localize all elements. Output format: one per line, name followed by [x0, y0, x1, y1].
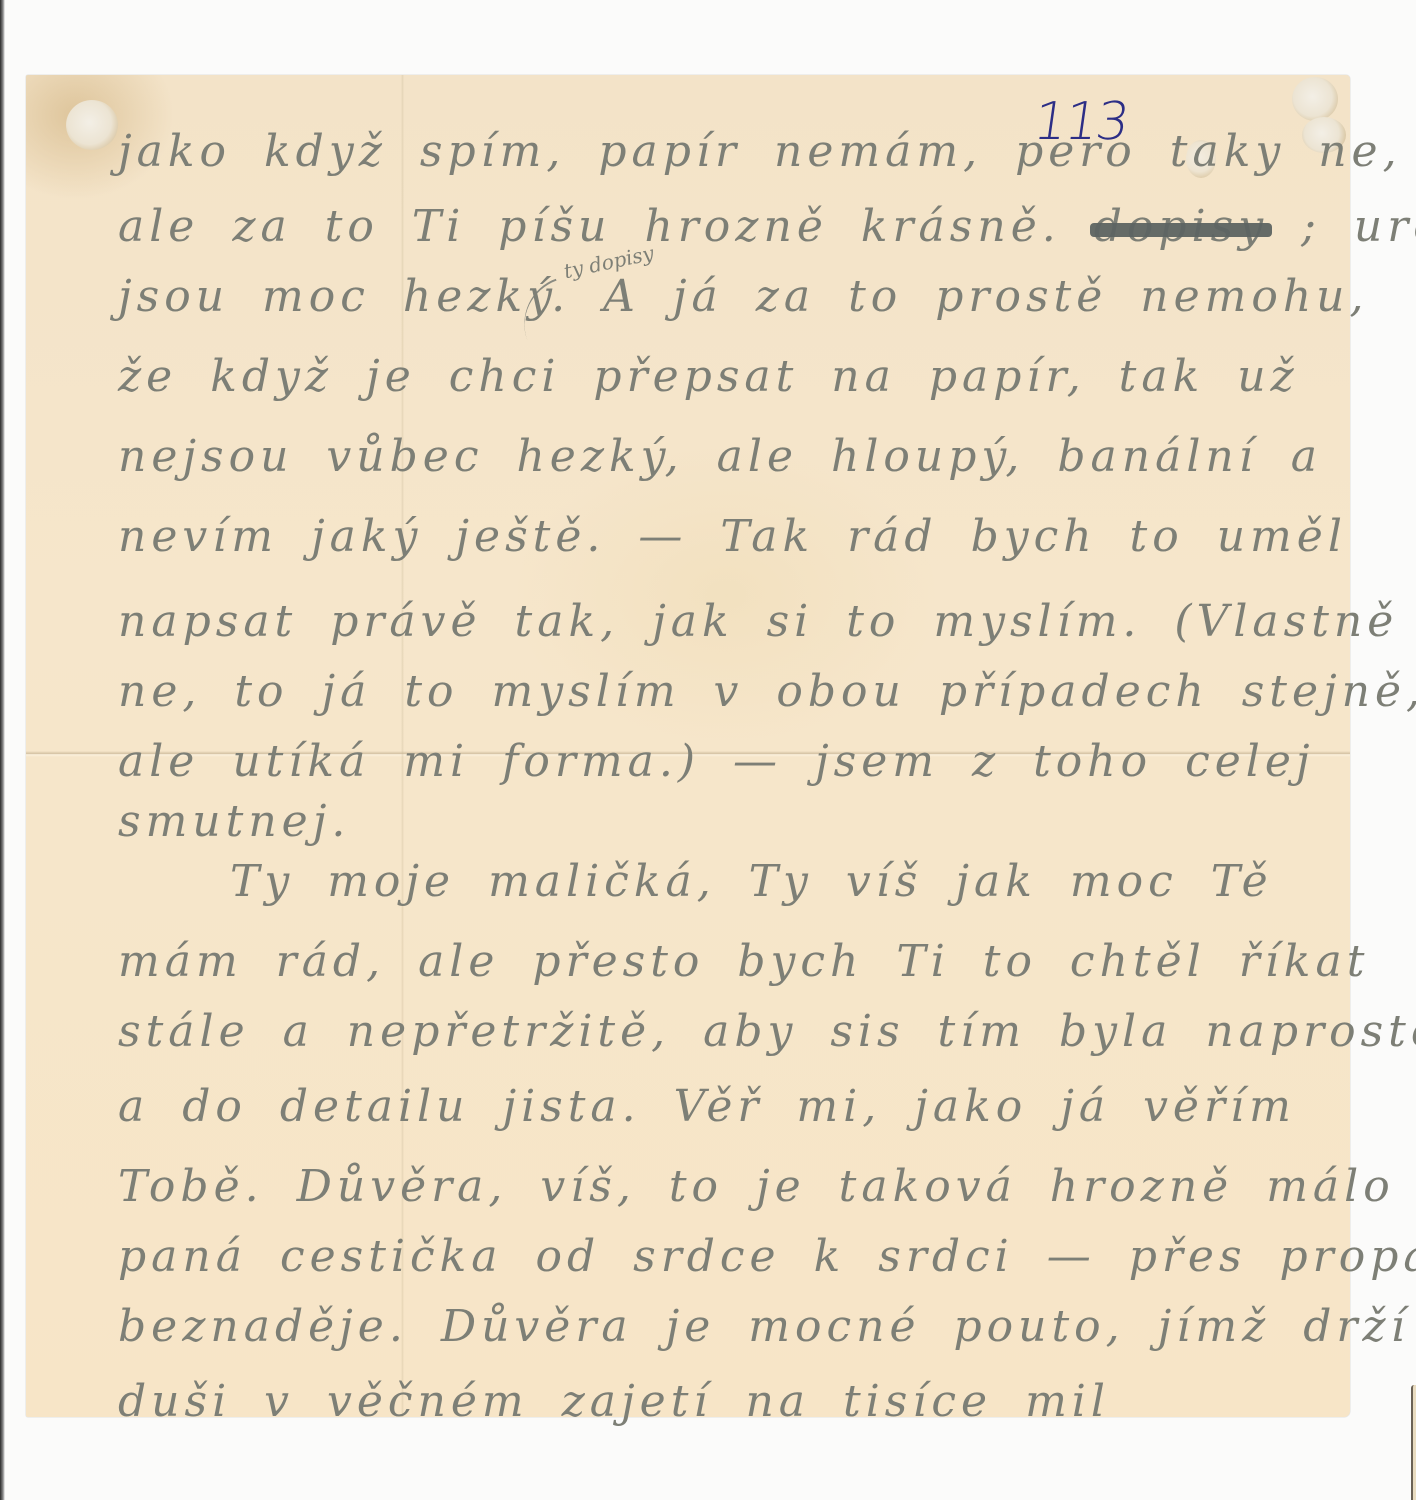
scanner-edge: [0, 0, 5, 1500]
letter-line-8: ne, to já to myslím v obou případech ste…: [118, 670, 1416, 714]
letter-line-10: smutnej.: [118, 800, 350, 844]
letter-line-18: duši v věčném zajetí na tisíce mil: [118, 1380, 1110, 1424]
letter-line-4: že když je chci přepsat na papír, tak už: [118, 355, 1299, 399]
letter-line-2: ale za to Ti píšu hrozně krásně. dopisy …: [118, 205, 1416, 249]
letter-line-14: a do detailu jista. Věř mi, jako já věří…: [118, 1085, 1296, 1129]
letter-line-6: nevím jaký ještě. — Tak rád bych to uměl: [118, 515, 1347, 559]
letter-line-7: napsat právě tak, jak si to myslím. (Vla…: [118, 600, 1398, 644]
letter-line-11: Ty moje maličká, Ty víš jak moc Tě: [230, 860, 1273, 904]
letter-line-17: beznaděje. Důvěra je mocné pouto, jímž d…: [118, 1305, 1416, 1349]
adjacent-page-edge: [1411, 1385, 1416, 1500]
glue-stain-top-left: [66, 100, 118, 150]
letter-line-13: stále a nepřetržitě, aby sis tím byla na…: [118, 1010, 1416, 1054]
letter-line-1: jako když spím, papír nemám, pero taky n…: [118, 130, 1402, 174]
letter-line-15: Tobě. Důvěra, víš, to je taková hrozně m…: [118, 1165, 1416, 1209]
letter-line-2-text: ale za to Ti píšu hrozně krásně.: [118, 201, 1061, 252]
letter-line-16: paná cestička od srdce k srdci — přes pr…: [118, 1235, 1416, 1279]
letter-line-9: ale utíká mi forma.) — jsem z toho celej: [118, 740, 1315, 784]
letter-line-2-tail: ; určitě: [1301, 201, 1416, 252]
glue-stain-top-right: [1292, 77, 1338, 121]
letter-line-3: jsou moc hezký. A já za to prostě nemohu…: [118, 275, 1369, 319]
letter-line-12: mám rád, ale přesto bych Ti to chtěl řík…: [118, 940, 1369, 984]
crossed-out-word: dopisy: [1094, 205, 1268, 249]
letter-line-5: nejsou vůbec hezký, ale hloupý, banální …: [118, 435, 1322, 479]
